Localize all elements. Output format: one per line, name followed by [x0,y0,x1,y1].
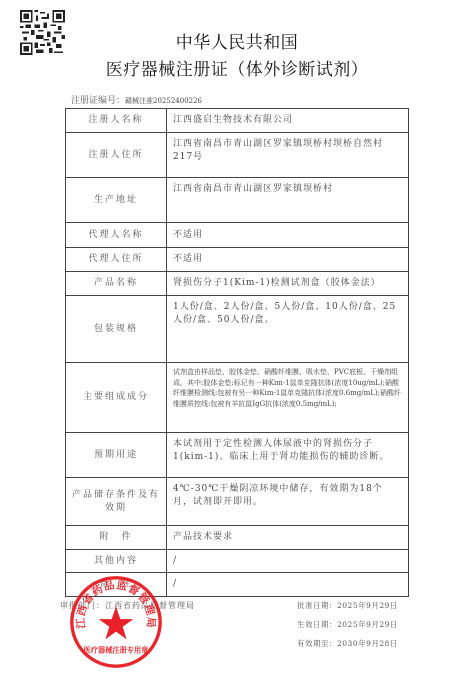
field-label: 注册人住所 [66,133,167,178]
table-row: 生产地址 江西省南昌市青山湖区罗家镇坝桥村 [66,178,409,223]
field-label: 主要组成成分 [66,363,167,433]
field-label: 包装规格 [66,296,167,363]
document-title: 中华人民共和国 [0,28,474,53]
field-value: 不适用 [167,248,409,272]
field-value: 江西盛启生物技术有限公司 [167,109,409,133]
table-row: 代理人名称 不适用 [66,223,409,248]
table-row: 产品名称 肾损伤分子1(Kim-1)检测试剂盒（胶体金法） [66,272,409,296]
field-value: / [167,550,409,573]
table-row: 包装规格 1人份/盒、2人份/盒、5人份/盒、10人份/盒、25人份/盒、50人… [66,296,409,363]
field-value: 1人份/盒、2人份/盒、5人份/盒、10人份/盒、25人份/盒、50人份/盒。 [167,296,409,363]
table-row: 附 件 产品技术要求 [66,526,409,550]
registration-number: 注册证编号：赣械注准20252400226 [71,93,202,106]
approval-date: 批准日期：2025年9月29日 [297,600,398,611]
field-value: / [167,573,409,597]
field-label: 产品储存条件及有效期 [66,478,167,526]
table-row: 其他内容 / [66,550,409,573]
field-label: 预期用途 [66,433,167,478]
registration-number-value: 赣械注准20252400226 [125,97,202,105]
field-label: 其他内容 [66,550,167,573]
field-value: 4℃-30℃干燥阴凉环境中储存，有效期为18个月，试剂即开即用。 [167,478,409,526]
table-row: 产品储存条件及有效期 4℃-30℃干燥阴凉环境中储存，有效期为18个月，试剂即开… [66,478,409,526]
table-row: 代理人住所 不适用 [66,248,409,272]
table-row: 预期用途 本试剂用于定性检测人体尿液中的肾损伤分子1(kim-1)。临床上用于肾… [66,433,409,478]
field-label: 代理人住所 [66,248,167,272]
registration-number-label: 注册证编号： [71,96,125,106]
field-value: 本试剂用于定性检测人体尿液中的肾损伤分子1(kim-1)。临床上用于肾功能损伤的… [167,433,409,478]
field-label: 产品名称 [66,272,167,296]
seal-bottom-text: 医疗器械注册专用章 [84,646,150,655]
field-value: 江西省南昌市青山湖区罗家镇坝桥村坝桥自然村217号 [167,133,409,178]
field-value: 试剂盒由样品垫、胶体金垫、硝酸纤维膜、吸水垫、PVC底板、干燥剂组成。其中:胶体… [167,363,409,433]
field-label: 注册人名称 [66,109,167,133]
table-row: 注册人住所 江西省南昌市青山湖区罗家镇坝桥村坝桥自然村217号 [66,133,409,178]
field-value: 不适用 [167,223,409,248]
certificate-table: 注册人名称 江西盛启生物技术有限公司 注册人住所 江西省南昌市青山湖区罗家镇坝桥… [65,108,409,597]
field-label: 附 件 [66,526,167,550]
expiry-date: 有效期至：2030年9月28日 [297,638,398,649]
table-row: 注册人名称 江西盛启生物技术有限公司 [66,109,409,133]
document-subtitle: 医疗器械注册证（体外诊断试剂） [0,55,474,80]
field-value: 肾损伤分子1(Kim-1)检测试剂盒（胶体金法） [167,272,409,296]
field-value: 江西省南昌市青山湖区罗家镇坝桥村 [167,178,409,223]
table-row: 主要组成成分 试剂盒由样品垫、胶体金垫、硝酸纤维膜、吸水垫、PVC底板、干燥剂组… [66,363,409,433]
effective-date: 生效日期：2025年9月29日 [297,619,398,630]
field-label: 生产地址 [66,178,167,223]
field-value: 产品技术要求 [167,526,409,550]
official-seal-icon: 江西省药品监督管理局 医疗器械注册专用章 [68,574,164,670]
field-label: 代理人名称 [66,223,167,248]
